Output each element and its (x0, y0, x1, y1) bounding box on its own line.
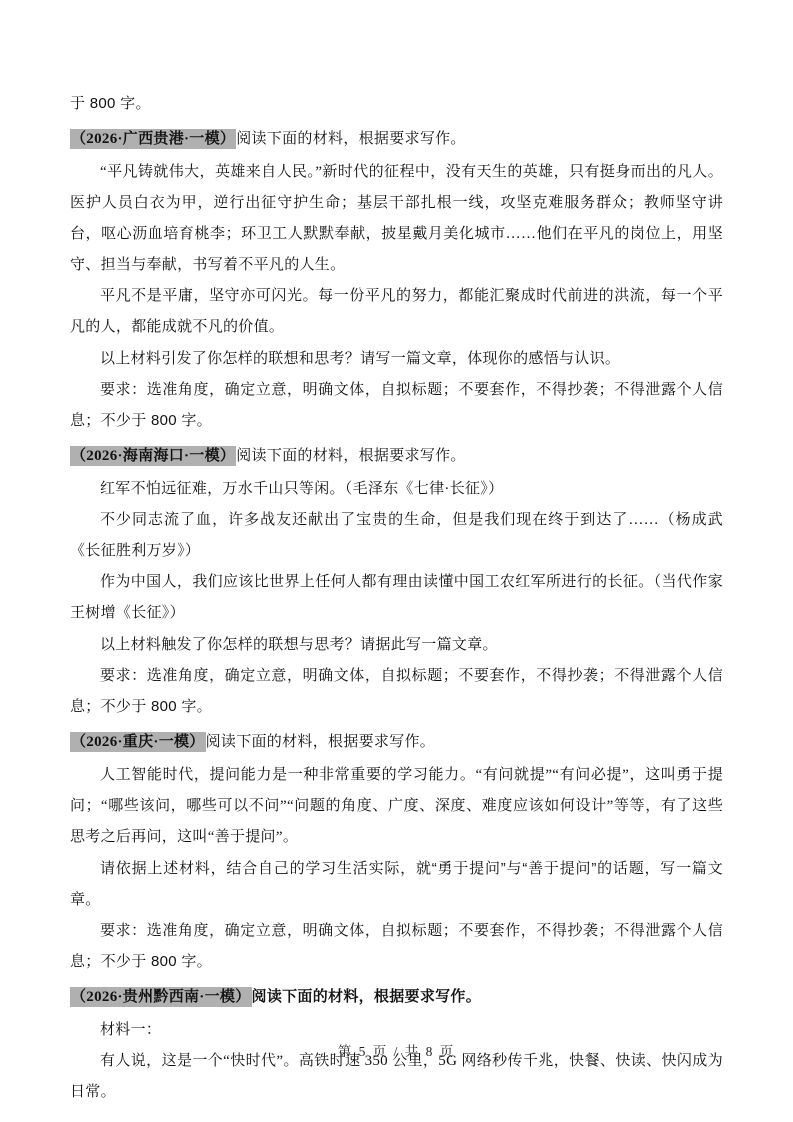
material-paragraph: 作为中国人，我们应该比世界上任何人都有理由读懂中国工农红军所进行的长征。（当代作… (70, 567, 723, 629)
prompt-paragraph: 请依据上述材料，结合自己的学习生活实际，就“勇于提问”与“善于提问”的话题，写一… (70, 853, 723, 915)
material-paragraph: “平凡铸就伟大，英雄来自人民。”新时代的征程中，没有天生的英雄，只有挺身而出的凡… (70, 157, 723, 281)
material-paragraph: 平凡不是平庸，坚守亦可闪光。每一份平凡的努力，都能汇聚成时代前进的洪流，每一个平… (70, 281, 723, 343)
section-header: （2026·广西贵港·一模）阅读下面的材料，根据要求写作。 (70, 123, 723, 155)
requirements-paragraph: 要求：选准角度，确定立意，明确文体，自拟标题；不要套作，不得抄袭；不得泄露个人信… (70, 915, 723, 977)
section-header: （2026·海南海口·一模）阅读下面的材料，根据要求写作。 (70, 440, 723, 472)
page-footer: 第 5 页 / 共 8 页 (0, 1040, 793, 1060)
material-paragraph: 红军不怕远征难，万水千山只等闲。（毛泽东《七律·长征》） (70, 474, 723, 505)
prompt-paragraph: 以上材料触发了你怎样的联想与思考？请据此写一篇文章。 (70, 629, 723, 660)
section-chongqing: （2026·重庆·一模）阅读下面的材料，根据要求写作。 人工智能时代，提问能力是… (70, 726, 723, 977)
exam-source-tag: （2026·重庆·一模） (70, 732, 206, 752)
material-paragraph: 人工智能时代，提问能力是一种非常重要的学习能力。“有问就提”“有问必提”，这叫勇… (70, 760, 723, 853)
section-instruction: 阅读下面的材料，根据要求写作。 (236, 447, 466, 464)
material-paragraph: 不少同志流了血，许多战友还献出了宝贵的生命，但是我们现在终于到达了……（杨成武《… (70, 505, 723, 567)
section-hainan-haikou: （2026·海南海口·一模）阅读下面的材料，根据要求写作。 红军不怕远征难，万水… (70, 440, 723, 722)
carryover-line: 于 800 字。 (70, 88, 723, 119)
requirements-paragraph: 要求：选准角度，确定立意，明确文体，自拟标题；不要套作，不得抄袭；不得泄露个人信… (70, 660, 723, 722)
section-instruction: 阅读下面的材料，根据要求写作。 (206, 733, 436, 750)
section-guangxi-guigang: （2026·广西贵港·一模）阅读下面的材料，根据要求写作。 “平凡铸就伟大，英雄… (70, 123, 723, 436)
section-instruction: 阅读下面的材料，根据要求写作。 (252, 988, 482, 1005)
section-header: （2026·贵州黔西南·一模）阅读下面的材料，根据要求写作。 (70, 981, 723, 1013)
prompt-paragraph: 以上材料引发了你怎样的联想和思考？请写一篇文章，体现你的感悟与认识。 (70, 343, 723, 374)
section-instruction: 阅读下面的材料，根据要求写作。 (236, 130, 466, 147)
exam-source-tag: （2026·广西贵港·一模） (70, 129, 236, 149)
document-page: 于 800 字。 （2026·广西贵港·一模）阅读下面的材料，根据要求写作。 “… (0, 0, 793, 1122)
exam-source-tag: （2026·海南海口·一模） (70, 446, 236, 466)
exam-source-tag: （2026·贵州黔西南·一模） (70, 987, 252, 1007)
requirements-paragraph: 要求：选准角度，确定立意，明确文体，自拟标题；不要套作，不得抄袭；不得泄露个人信… (70, 374, 723, 436)
section-header: （2026·重庆·一模）阅读下面的材料，根据要求写作。 (70, 726, 723, 758)
